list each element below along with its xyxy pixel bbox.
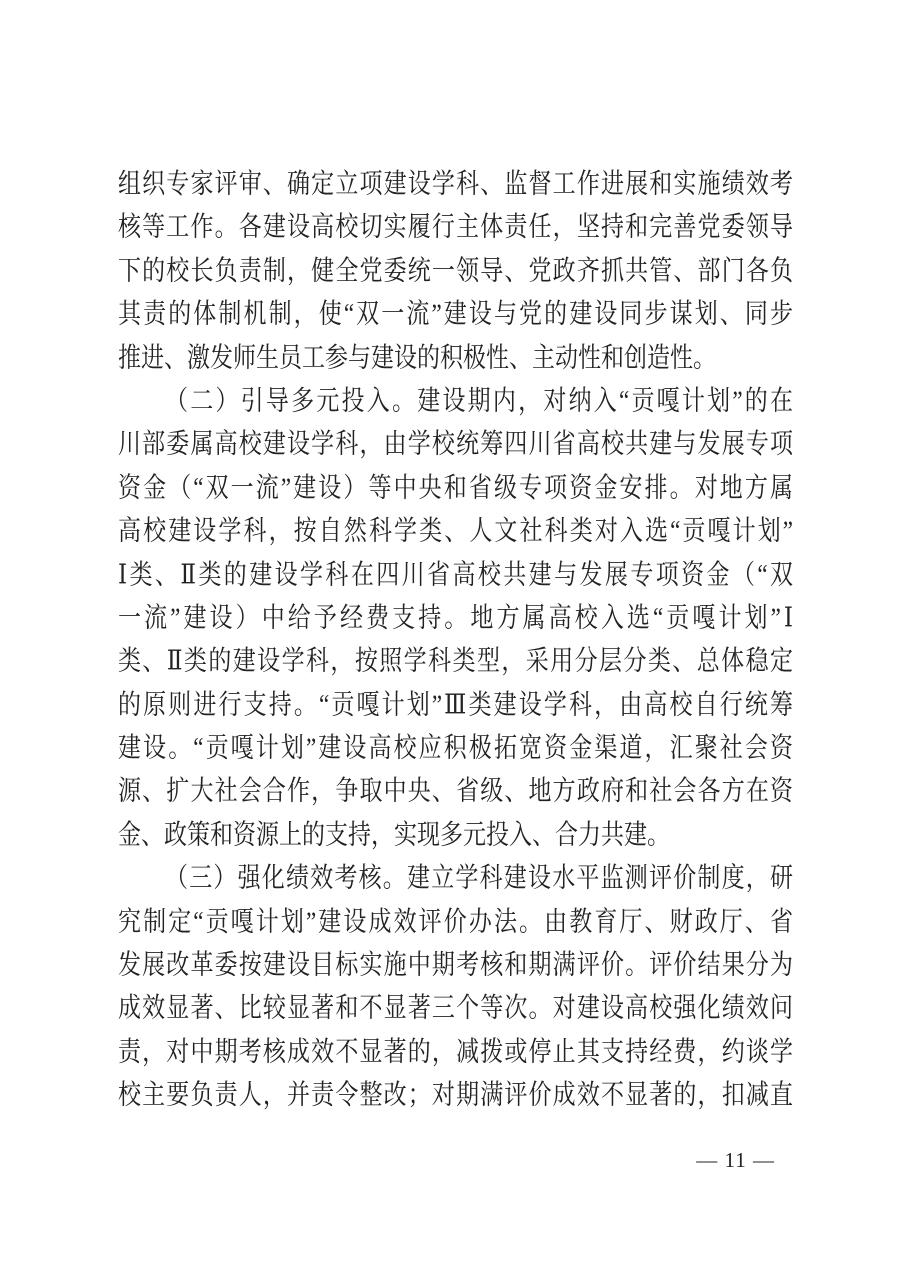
text-line: 校主要负责人，并责令整改；对期满评价成效不显著的，扣减直 — [118, 1069, 793, 1120]
text-block: 组织专家评审、确定立项建设学科、监督工作进展和实施绩效考核等工作。各建设高校切实… — [118, 162, 793, 1117]
page-number: — 11 — — [696, 1148, 775, 1173]
document-page: 组织专家评审、确定立项建设学科、监督工作进展和实施绩效考核等工作。各建设高校切实… — [0, 0, 910, 1286]
